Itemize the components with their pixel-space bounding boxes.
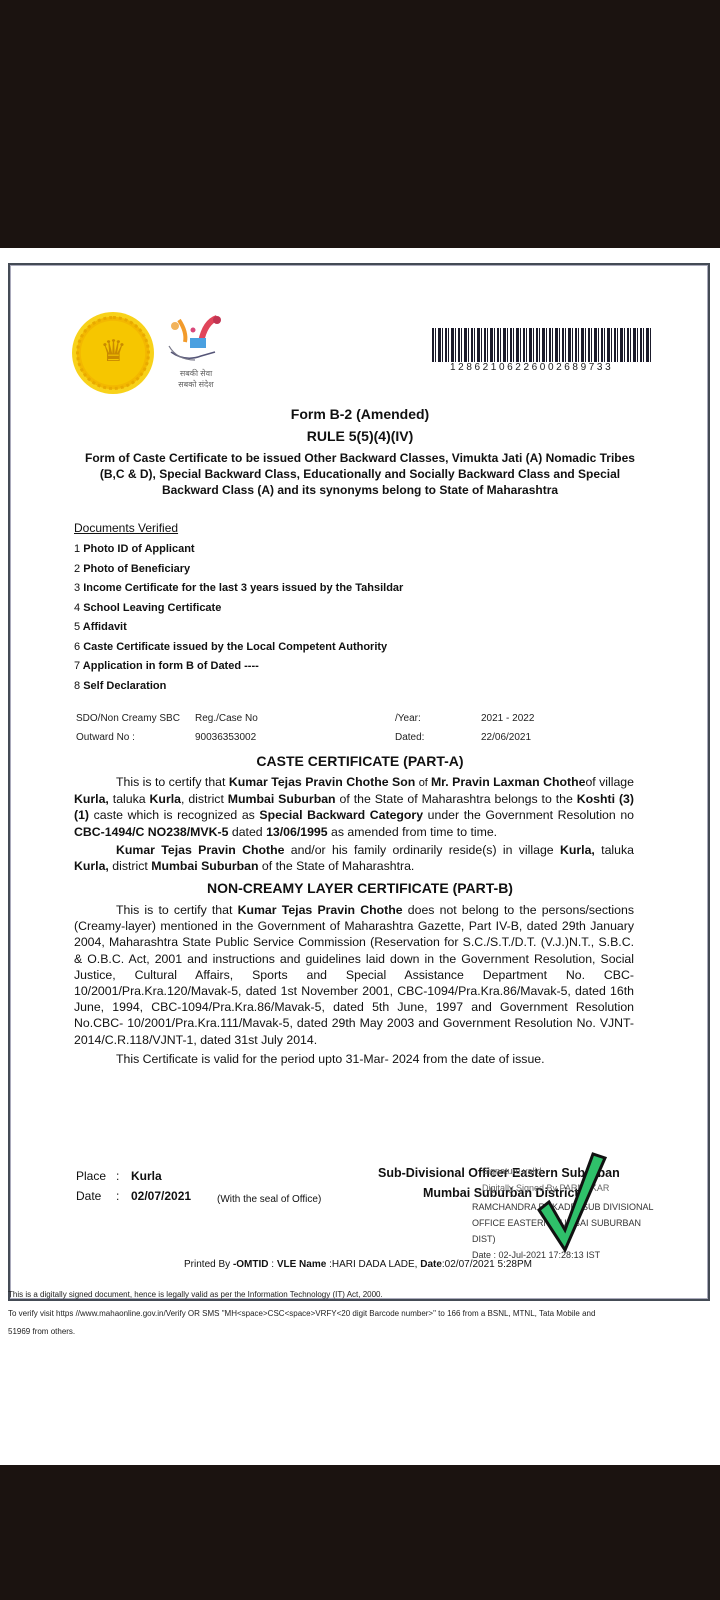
office-label: SDO/Non Creamy SBC [76,713,180,724]
seal-emblem-icon: ♛ [100,334,126,370]
documents-verified-list: 1 Photo ID of Applicant2 Photo of Benefi… [74,542,403,698]
date-value: 02/07/2021 [131,1189,191,1203]
document-item: 7 Application in form B of Dated ---- [74,659,403,679]
printed-by-line: Printed By -OMTID : VLE Name :HARI DADA … [8,1259,708,1270]
validity-statement: This Certificate is valid for the period… [74,1051,634,1067]
outward-value: 90036353002 [195,732,256,743]
documents-verified-heading: Documents Verified [74,521,178,535]
dated-value: 22/06/2021 [481,732,531,743]
maharashtra-seal-logo: ♛ [72,312,154,394]
part-b-title: NON-CREAMY LAYER CERTIFICATE (PART-B) [0,880,720,896]
document-item: 3 Income Certificate for the last 3 year… [74,581,403,601]
logo-caption: सबकी सेवा सबको संदेश [168,368,224,390]
top-black-band [0,0,720,248]
logo-caption-line1: सबकी सेवा [168,368,224,379]
form-title: Form B-2 (Amended) [0,406,720,422]
footer-verify-note-cont: 51969 from others. [8,1327,708,1336]
date-label: Date [76,1189,101,1203]
seal-note: (With the seal of Office) [217,1194,321,1205]
place-label: Place [76,1169,106,1183]
document-item: 5 Affidavit [74,620,403,640]
footer-legal-note: This is a digitally signed document, hen… [8,1290,708,1299]
form-rule: RULE 5(5)(4)(IV) [0,428,720,444]
date-colon: : [116,1189,119,1203]
document-item: 8 Self Declaration [74,679,403,699]
reg-case-label: Reg./Case No [195,713,258,724]
father-name: Mr. Pravin Laxman Chothe [431,775,586,789]
document-item: 4 School Leaving Certificate [74,601,403,621]
bottom-black-band [0,1465,720,1600]
form-description: Form of Caste Certificate to be issued O… [80,450,640,498]
part-b-paragraph: This is to certify that Kumar Tejas Prav… [74,902,634,1048]
outward-label: Outward No : [76,732,135,743]
part-a-residence-paragraph: Kumar Tejas Pravin Chothe and/or his fam… [74,842,634,874]
barcode [432,328,652,362]
place-value: Kurla [131,1169,162,1183]
part-a-title: CASTE CERTIFICATE (PART-A) [0,753,720,769]
document-item: 1 Photo ID of Applicant [74,542,403,562]
footer-verify-note: To verify visit https //www.mahaonline.g… [8,1309,708,1318]
category-name: Special Backward Category [259,808,423,822]
dated-label: Dated: [395,732,424,743]
applicant-name: Kumar Tejas Pravin Chothe [229,775,389,789]
signature-valid-check-icon [535,1150,610,1260]
document-item: 2 Photo of Beneficiary [74,562,403,582]
logo-caption-line2: सबको संदेश [168,379,224,390]
year-label: /Year: [395,713,421,724]
barcode-number: 12862106226002689733 [450,362,650,373]
year-value: 2021 - 2022 [481,713,534,724]
document-item: 6 Caste Certificate issued by the Local … [74,640,403,660]
signature-valid-text: Signature valid [482,1166,542,1176]
place-colon: : [116,1169,119,1183]
part-a-paragraph: This is to certify that Kumar Tejas Prav… [74,774,634,840]
